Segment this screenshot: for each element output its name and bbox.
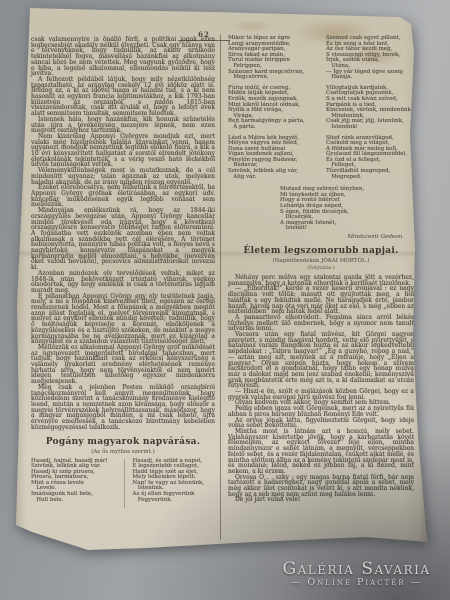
watermark: Galéria Savaria — Online Piactér — (265, 561, 448, 588)
watermark-subtitle: — Online Piactér — (265, 578, 448, 588)
paragraph: Még csak a jelenben Pesten működő ország… (31, 385, 215, 431)
poem-opening-stanzas: Hasadj, hajnal, hasadj már! Szivünk, lel… (31, 459, 215, 509)
paragraph: Orvosa O . . szky : egy magas barna fiat… (228, 475, 414, 498)
paragraph: csak valamennyire is önálló férfi, a pol… (31, 37, 215, 77)
poem-stanza: Fúria indúl, ér csereg, Midőn látják kép… (228, 86, 316, 131)
paragraph: A felhozott példából látjuk, hogy mily n… (31, 77, 215, 117)
poem-stanza: Villogtatjuk kardjaink, Csattogtatjuk pa… (326, 86, 414, 131)
photo-background: 62 csak valamennyire is önálló férfi, a … (0, 0, 450, 600)
paragraph: Istennek hála, hogy hazánkfiai, kik honu… (31, 117, 215, 134)
column-divider (220, 34, 221, 540)
paragraph: Nem kizárólag Apponyi Györgyre mondjuk e… (31, 134, 215, 168)
paragraph: A panaszttevő elkotródott. Fogalma sincs… (228, 315, 414, 332)
poem-stanza: Szemed csak egyet pillant, És ím zeng a … (326, 36, 414, 81)
paragraph: Ezeket előrebocsátva, nem félhetünk a fé… (31, 185, 215, 208)
poem-continuation: Mikor te lépsz az égre Lengj aranymentéd… (228, 36, 414, 185)
poem-title: Pogány magyarok napvárása. (31, 437, 215, 447)
poem-stanza: Süsd ránk aranyvilágod, Csókold meg a vi… (326, 136, 414, 181)
newspaper-page-wrap: 62 csak valamennyire is önálló férfi, a … (0, 0, 450, 600)
paragraph: De jól járt volna vele! (228, 497, 414, 503)
paragraph: Véleménykülönbségek most is mutatkoznak,… (31, 168, 215, 185)
paragraph: E pillanatban Apponyi György egy oly tes… (31, 294, 215, 345)
paragraph: Vacsora után egy fiatal művész, kit Görg… (228, 332, 414, 389)
paragraph: Mindnyájan emlékszünk rá, hogy az 1844-i… (31, 208, 215, 271)
poem-stanza: Lásd a Mátra kék hegyét, Mélyen vágyva n… (228, 136, 316, 181)
paragraph: Azonban mindezek oly tervelődések voltak… (31, 271, 215, 294)
newspaper-page: 62 csak valamennyire is önálló férfi, a … (14, 4, 430, 556)
poem-stanza: Hasadj, hajnal, hasadj már! Szivünk, lel… (31, 459, 114, 504)
paragraph: Pedig ebben igaza volt Görgeinek, mert a… (228, 406, 414, 417)
poem-author-signature: Mindszenti Gedeon. (228, 234, 404, 240)
paragraph: Mellőzzük ez alkalommal Apponyi György g… (31, 345, 215, 385)
poem-opening-col2: Hasadj, és szüld a napot, E legszentebb … (124, 459, 216, 509)
poem-subtitle: (Az ős mythos szerint.) (31, 449, 215, 455)
paragraph: — „Elhordták!” kérdé a vezér keserű irón… (228, 286, 414, 315)
article-jokai-continuation-note: (Folytatás.) (228, 266, 414, 271)
right-column: Mikor te lépsz az égre Lengj aranymentéd… (228, 32, 414, 503)
poem-continuation-col2: Szemed csak egyet pillant, És ím zeng a … (326, 36, 414, 185)
poem-stanza: Mikor te lépsz az égre Lengj aranymentéd… (228, 36, 316, 81)
article-jokai-subtitle: (Naplótöredékek JÓKAI MÓRTÓL.) (228, 258, 414, 264)
poem-stanza: Hasadj, és szüld a napot, E legszentebb … (133, 459, 216, 504)
poem-opening-col1: Hasadj, hajnal, hasadj már! Szivünk, lel… (31, 459, 114, 509)
article-jokai-text: Néhány perc múlva egy szalontai gazda jö… (228, 275, 414, 503)
watermark-title: Galéria Savaria (265, 561, 448, 578)
poem-final-stanza: Mutasd meg szörnyű tényben, Mi ténykedet… (280, 187, 414, 232)
paragraph: Mintha most is látnám azt a hosszú, mély… (228, 429, 414, 475)
article-apponyi-text: csak valamennyire is önálló férfi, a pol… (31, 37, 215, 431)
poem-continuation-col1: Mikor te lépsz az égre Lengj aranymentéd… (228, 36, 316, 185)
article-jokai-title: Életem legszomorubb napjai. (228, 246, 414, 256)
left-column: csak valamennyire is önálló férfi, a pol… (31, 37, 215, 508)
